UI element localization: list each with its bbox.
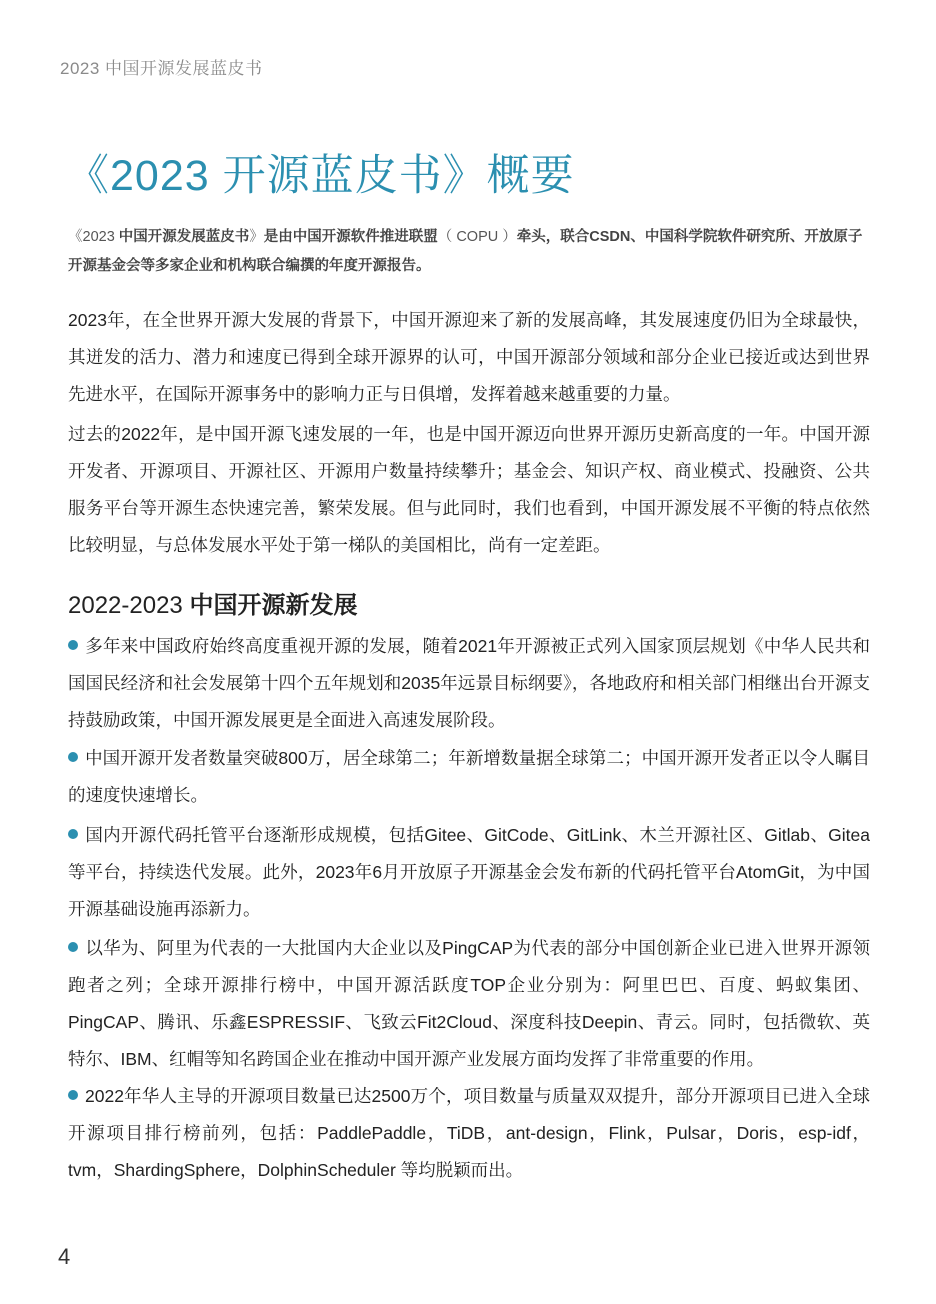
list-item: 多年来中国政府始终高度重视开源的发展，随着2021年开源被正式列入国家顶层规划《… [68, 628, 870, 739]
intro-copu: （ COPU ） [438, 229, 517, 245]
list-item-text: 多年来中国政府始终高度重视开源的发展，随着2021年开源被正式列入国家顶层规划《… [68, 636, 870, 730]
running-header: 2023 中国开源发展蓝皮书 [60, 54, 263, 79]
list-item: 中国开源开发者数量突破800万，居全球第二；年新增数量据全球第二；中国开源开发者… [68, 740, 870, 814]
body-paragraph: 2023年，在全世界开源大发展的背景下，中国开源迎来了新的发展高峰，其发展速度仍… [68, 302, 870, 413]
intro-prefix: 《2023 [68, 229, 119, 245]
intro-middle: 》 [249, 229, 264, 245]
intro-bold-text: 是由中国开源软件推进联盟 [264, 229, 438, 245]
bullet-dot-icon [68, 942, 78, 952]
intro-book-name: 中国开源发展蓝皮书 [119, 229, 250, 245]
intro-paragraph: 《2023 中国开源发展蓝皮书》是由中国开源软件推进联盟（ COPU ）牵头，联… [68, 223, 868, 281]
list-item: 国内开源代码托管平台逐渐形成规模，包括Gitee、GitCode、GitLink… [68, 817, 870, 928]
list-item-text: 国内开源代码托管平台逐渐形成规模，包括Gitee、GitCode、GitLink… [68, 825, 870, 919]
list-item-text: 中国开源开发者数量突破800万，居全球第二；年新增数量据全球第二；中国开源开发者… [68, 748, 870, 805]
list-item-text: 2022年华人主导的开源项目数量已达2500万个，项目数量与质量双双提升，部分开… [68, 1086, 870, 1180]
section-heading-years: 2022-2023 [68, 592, 189, 619]
bullet-dot-icon [68, 1090, 78, 1100]
bullet-dot-icon [68, 829, 78, 839]
bullet-dot-icon [68, 752, 78, 762]
section-heading: 2022-2023 中国开源新发展 [68, 585, 357, 620]
list-item: 2022年华人主导的开源项目数量已达2500万个，项目数量与质量双双提升，部分开… [68, 1078, 870, 1189]
list-item: 以华为、阿里为代表的一大批国内大企业以及PingCAP为代表的部分中国创新企业已… [68, 930, 870, 1078]
section-heading-title: 中国开源新发展 [189, 592, 357, 619]
list-item-text: 以华为、阿里为代表的一大批国内大企业以及PingCAP为代表的部分中国创新企业已… [68, 938, 870, 1069]
bullet-dot-icon [68, 640, 78, 650]
page-number: 4 [58, 1244, 70, 1270]
body-paragraph: 过去的2022年，是中国开源飞速发展的一年，也是中国开源迈向世界开源历史新高度的… [68, 416, 870, 564]
page-title: 《2023 开源蓝皮书》概要 [66, 142, 575, 203]
